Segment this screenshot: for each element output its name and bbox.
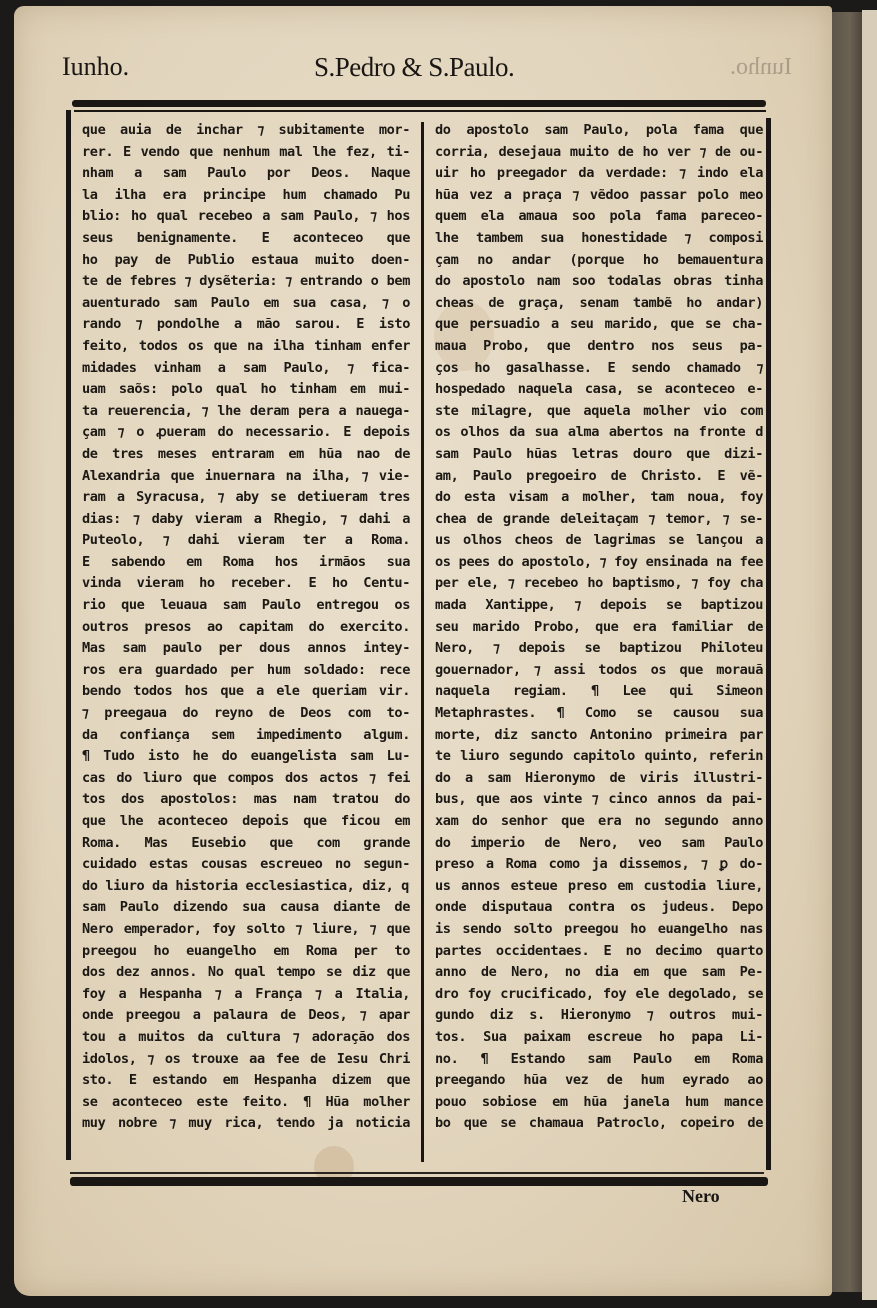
text-line: cheas de graça, senam tambẽ ho andar) (435, 293, 763, 315)
text-line: cas do liuro que compos dos actos ⁊ fei (82, 768, 410, 790)
text-line: tou a muitos da cultura ⁊ adoração dos (82, 1027, 410, 1049)
text-line: chea de grande deleitaçam ⁊ temor, ⁊ se- (435, 509, 763, 531)
text-line: ros era guardado per hum soldado: rece (82, 660, 410, 682)
text-line: tos. Sua paixam escreue ho papa Li- (435, 1027, 763, 1049)
text-line: no. ¶ Estando sam Paulo em Roma (435, 1049, 763, 1071)
text-line: os olhos da sua alma abertos na fronte d (435, 422, 763, 444)
text-line: per ele, ⁊ recebeo ho baptismo, ⁊ foy ch… (435, 573, 763, 595)
text-line: te liuro segundo capitolo quinto, referi… (435, 746, 763, 768)
text-line: lhe tambem sua honestidade ⁊ composi (435, 228, 763, 250)
text-line: Roma. Mas Eusebio que com grande (82, 833, 410, 855)
running-header: Iunho. S.Pedro & S.Paulo. Iunho. (60, 46, 800, 86)
text-line: que auia de inchar ⁊ subitamente mor- (82, 120, 410, 142)
text-line: que persuadio a seu marido, que se cha- (435, 314, 763, 336)
text-line: çam no andar (porque ho bemauentura (435, 250, 763, 272)
text-line: dias: ⁊ daby vieram a Rhegio, ⁊ dahi a (82, 509, 410, 531)
text-line: que lhe aconteceo depois que ficou em (82, 811, 410, 833)
text-line: do liuro da historia ecclesiastica, diz,… (82, 876, 410, 898)
text-line: outros presos ao capitam do exercito. (82, 617, 410, 639)
text-line: E sabendo em Roma hos irmãos sua (82, 552, 410, 574)
text-line: Alexandria que inuernara na ilha, ⁊ vie- (82, 466, 410, 488)
text-line: blio: ho qual recebeo a sam Paulo, ⁊ hos (82, 206, 410, 228)
text-line: rer. E vendo que nenhum mal lhe fez, ti- (82, 142, 410, 164)
text-line: preso a Roma como ja dissemos, ⁊ ꝑ do- (435, 854, 763, 876)
adjacent-page-sliver (862, 10, 877, 1300)
text-line: çam ⁊ o ꝓueram do necessario. E depois (82, 422, 410, 444)
text-line: sam Paulo dizendo sua causa diante de (82, 897, 410, 919)
text-line: is sendo solto preegou ho euangelho nas (435, 919, 763, 941)
text-line: feito, todos os que na ilha tinham enfer (82, 336, 410, 358)
text-line: gouernador, ⁊ assi todos os que morauã (435, 660, 763, 682)
text-line: seu marido Probo, que era familiar de (435, 617, 763, 639)
text-column-right: do apostolo sam Paulo, pola fama que cor… (435, 120, 763, 1135)
text-line: Metaphrastes. ¶ Como se causou sua (435, 703, 763, 725)
adjacent-page-edge (832, 12, 862, 1292)
text-line: hospedado naquela casa, se aconteceo e- (435, 379, 763, 401)
text-line: nham a sam Paulo por Deos. Naque (82, 163, 410, 185)
text-line: Nero emperador, foy solto ⁊ liure, ⁊ que (82, 919, 410, 941)
text-line: se aconteceo este feito. ¶ Hũa molher (82, 1092, 410, 1114)
text-line: do esta visam a molher, tam noua, foy (435, 487, 763, 509)
top-rule (72, 100, 766, 107)
text-line: Puteolo, ⁊ dahi vieram ter a Roma. (82, 530, 410, 552)
text-column-left: que auia de inchar ⁊ subitamente mor- re… (82, 120, 410, 1135)
text-line: Mas sam paulo per dous annos intey- (82, 638, 410, 660)
text-line: do apostolo nam soo todalas obras tinha (435, 271, 763, 293)
column-divider (421, 122, 424, 1162)
header-show-through: Iunho. (730, 54, 792, 81)
text-line: xam do senhor que era no segundo anno (435, 811, 763, 833)
text-line: us annos esteue preso em custodia liure, (435, 876, 763, 898)
text-line: partes occidentaes. E no decimo quarto (435, 941, 763, 963)
text-line: us olhos cheos de lagrimas se lançou a (435, 530, 763, 552)
text-line: mada Xantippe, ⁊ depois se baptizou (435, 595, 763, 617)
text-line: ⁊ preegaua do reyno de Deos com to- (82, 703, 410, 725)
text-line: tos dos apostolos: mas nam tratou do (82, 789, 410, 811)
text-line: quem ela amaua soo pola fama pareceo- (435, 206, 763, 228)
bottom-rule-thin (70, 1172, 764, 1174)
text-line: do a sam Hieronymo de viris illustri- (435, 768, 763, 790)
text-line: ram a Syracusa, ⁊ aby se detiueram tres (82, 487, 410, 509)
text-line: auenturado sam Paulo em sua casa, ⁊ o (82, 293, 410, 315)
text-line: onde preegou a palaura de Deos, ⁊ apar (82, 1005, 410, 1027)
text-line: gundo diz s. Hieronymo ⁊ outros mui- (435, 1005, 763, 1027)
text-line: preegando hũa vez de hum eyrado ao (435, 1070, 763, 1092)
text-line: idolos, ⁊ os trouxe aa fee de Iesu Chri (82, 1049, 410, 1071)
text-line: anno de Nero, no dia em que sam Pe- (435, 962, 763, 984)
text-line: ços ho gasalhasse. E sendo chamado ⁊ (435, 358, 763, 380)
text-line: te de febres ⁊ dysẽteria: ⁊ entrando o b… (82, 271, 410, 293)
text-line: hũa vez a praça ⁊ vẽdoo passar polo meo (435, 185, 763, 207)
top-rule-thin (74, 110, 766, 112)
text-line: uir ho preegador da verdade: ⁊ indo ela (435, 163, 763, 185)
text-line: sam Paulo hũas letras douro que dizi- (435, 444, 763, 466)
header-month: Iunho. (62, 52, 129, 82)
right-border-rule (766, 118, 771, 1170)
text-line: cuidado estas cousas escreueo no segun- (82, 854, 410, 876)
text-line: ho pay de Publio estaua muito doen- (82, 250, 410, 272)
text-line: am, Paulo pregoeiro de Christo. E vẽ- (435, 466, 763, 488)
text-line: bendo todos hos que a ele queriam vir. (82, 681, 410, 703)
text-line: naquela regiam. ¶ Lee qui Simeon (435, 681, 763, 703)
text-line: bus, que aos vinte ⁊ cinco annos da pai- (435, 789, 763, 811)
text-line: ¶ Tudo isto he do euangelista sam Lu- (82, 746, 410, 768)
text-line: foy a Hespanha ⁊ a França ⁊ a Italia, (82, 984, 410, 1006)
text-line: rio que leuaua sam Paulo entregou os (82, 595, 410, 617)
text-line: morte, diz sancto Antonino primeira par (435, 725, 763, 747)
text-line: muy nobre ⁊ muy rica, tendo ja noticia (82, 1113, 410, 1135)
text-line: vinda vieram ho receber. E ho Centu- (82, 573, 410, 595)
text-line: ste milagre, que aquela molher vio com (435, 401, 763, 423)
text-line: de tres meses entraram em hũa nao de (82, 444, 410, 466)
text-line: os pees do apostolo, ⁊ foy ensinada na f… (435, 552, 763, 574)
header-title: S.Pedro & S.Paulo. (314, 52, 514, 83)
text-line: Nero, ⁊ depois se baptizou Philoteu (435, 638, 763, 660)
text-line: sto. E estando em Hespanha dizem que (82, 1070, 410, 1092)
text-line: corria, desejaua muito de ho ver ⁊ de ou… (435, 142, 763, 164)
text-line: rando ⁊ pondolhe a mão sarou. E isto (82, 314, 410, 336)
text-line: dos dez annos. No qual tempo se diz que (82, 962, 410, 984)
text-line: dro foy crucificado, foy ele degolado, s… (435, 984, 763, 1006)
bottom-rule (70, 1177, 768, 1186)
text-line: do imperio de Nero, veo sam Paulo (435, 833, 763, 855)
text-line: ta reuerencia, ⁊ lhe deram pera a nauega… (82, 401, 410, 423)
catchword: Nero (682, 1186, 720, 1207)
text-line: maua Probo, que dentro nos seus pa- (435, 336, 763, 358)
text-line: midades vinham a sam Paulo, ⁊ fica- (82, 358, 410, 380)
text-line: do apostolo sam Paulo, pola fama que (435, 120, 763, 142)
text-line: onde disputaua contra os judeus. Depo (435, 897, 763, 919)
text-line: preegou ho euangelho em Roma per to (82, 941, 410, 963)
left-border-rule (66, 110, 71, 1160)
text-line: uam saõs: polo qual ho tinham em mui- (82, 379, 410, 401)
text-line: da confiança sem impedimento algum. (82, 725, 410, 747)
text-line: bo que se chamaua Patroclo, copeiro de (435, 1113, 763, 1135)
text-line: la ilha era principe hum chamado Pu (82, 185, 410, 207)
text-line: seus benignamente. E aconteceo que (82, 228, 410, 250)
text-line: pouo sobiose em hũa janela hum mance (435, 1092, 763, 1114)
